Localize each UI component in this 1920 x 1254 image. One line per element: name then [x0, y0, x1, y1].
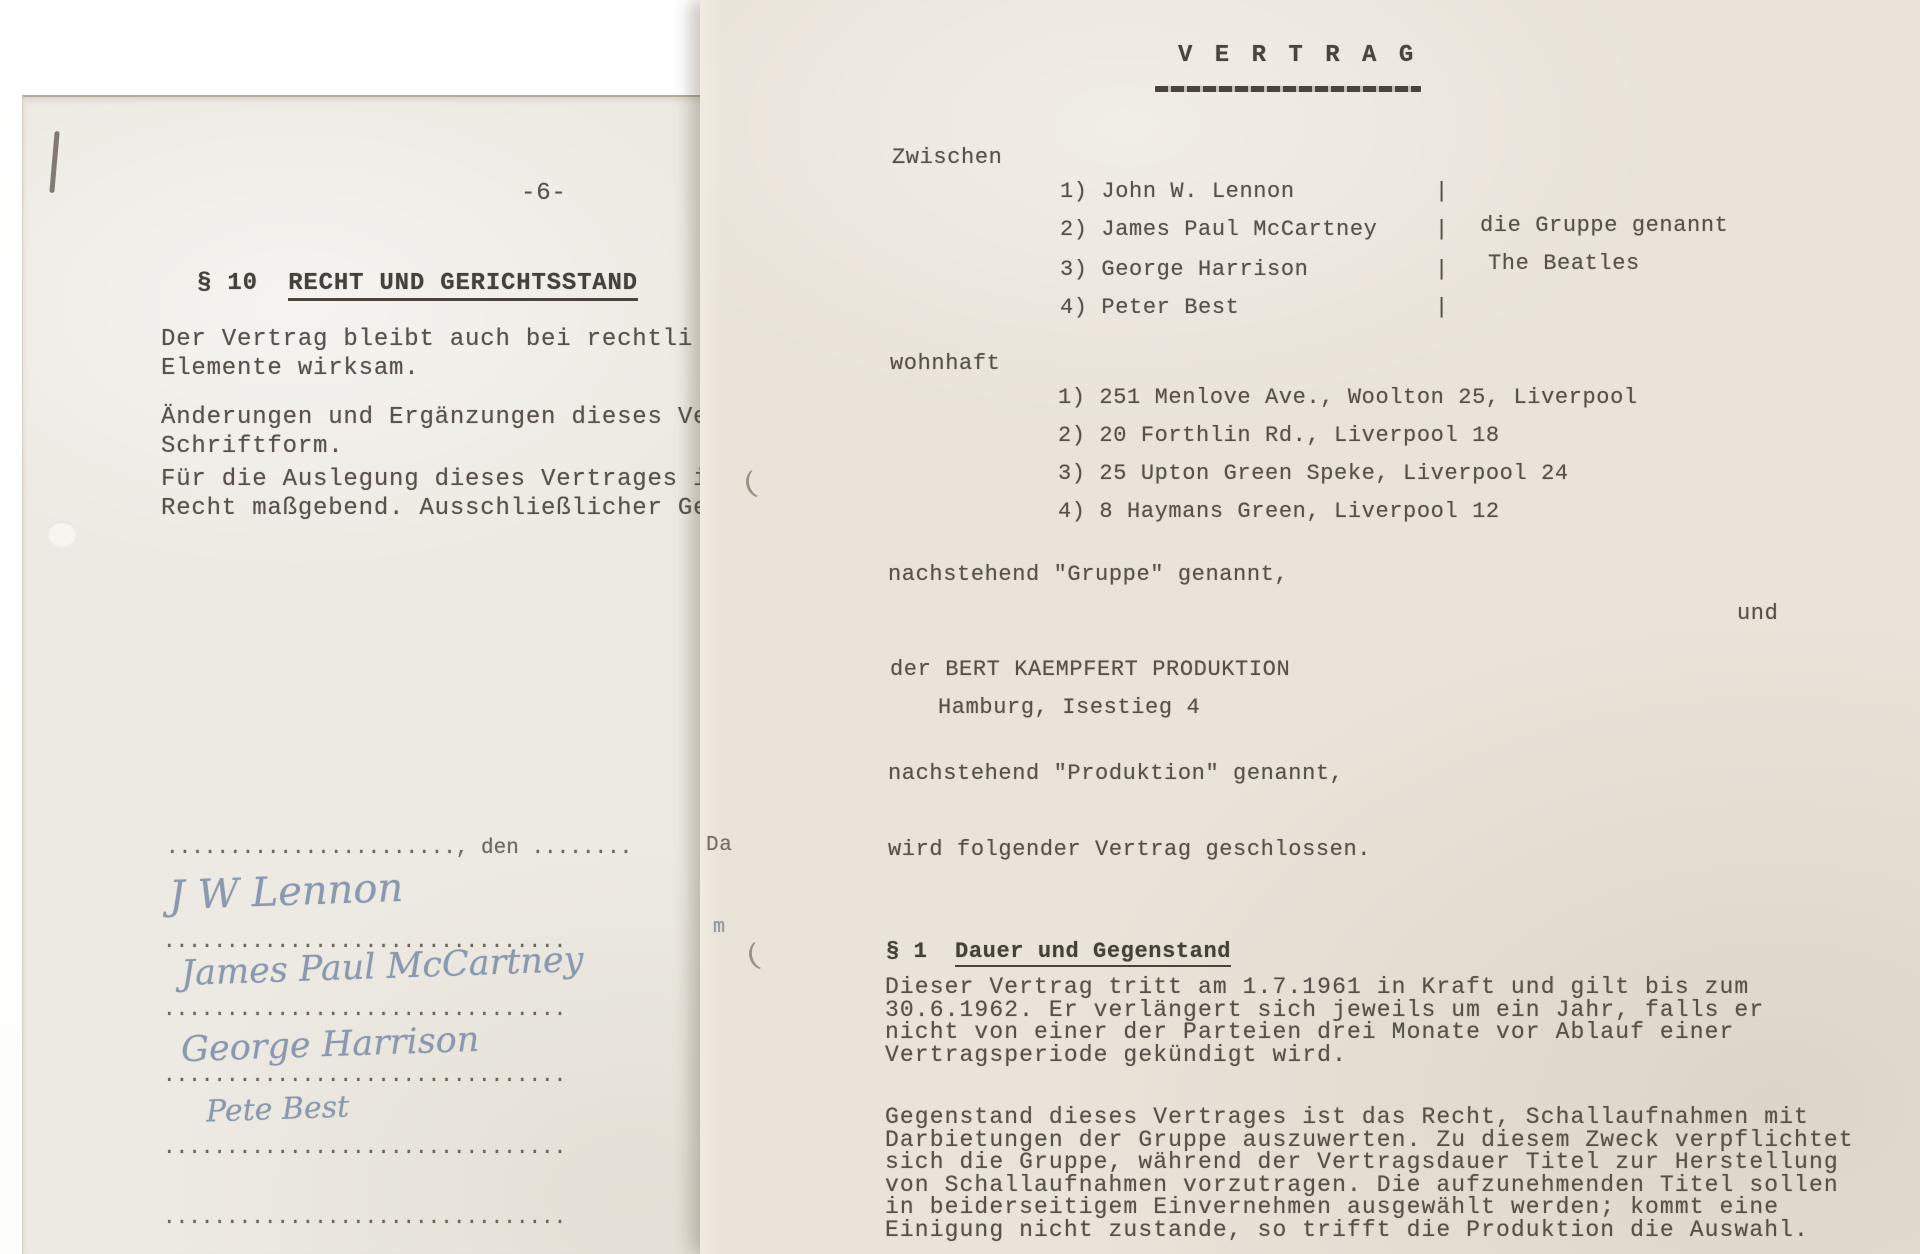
address-row: 4) 8 Haymans Green, Liverpool 12: [1058, 500, 1500, 523]
paragraph-line: Vertragsperiode gekündigt wird.: [885, 1042, 1347, 1068]
party-row: 2) James Paul McCartney: [1060, 218, 1377, 241]
party-number: 2): [1060, 217, 1088, 242]
punch-hole: [47, 521, 77, 547]
edge-ink-fragment: m: [713, 916, 726, 939]
signature-best: Pete Best: [205, 1090, 349, 1130]
producer-name: der BERT KAEMPFERT PRODUKTION: [890, 658, 1290, 681]
party-number: 4): [1060, 295, 1088, 320]
party-gap: [1088, 257, 1102, 282]
party-number: 1): [1060, 179, 1088, 204]
signature-harrison: George Harrison: [180, 1020, 480, 1070]
date-signature-line: ......................., den ........: [166, 837, 632, 860]
clause-paragraph: Änderungen und Ergänzungen dieses VeSchr…: [161, 403, 704, 461]
party-row: 3) George Harrison: [1060, 258, 1308, 281]
contract-first-page: V E R T R A G Zwischen 1) John W. Lennon…: [700, 0, 1920, 1254]
intro-word: Zwischen: [892, 146, 1002, 169]
address-row: 3) 25 Upton Green Speke, Liverpool 24: [1058, 462, 1569, 485]
party-gap: [1088, 295, 1102, 320]
party-name: Peter Best: [1101, 295, 1239, 320]
bracket-pipe: |: [1435, 258, 1449, 281]
party-number: 3): [1060, 257, 1088, 282]
clause-paragraph: Der Vertrag bleibt auch bei rechtliEleme…: [161, 325, 693, 383]
signature-dotted-line: ..................................: [163, 1137, 563, 1160]
party-name: John W. Lennon: [1101, 179, 1294, 204]
contract-last-page: -6- § 10 RECHT UND GERICHTSSTAND Der Ver…: [22, 95, 704, 1254]
section-title: Dauer und Gegenstand: [955, 939, 1231, 967]
bracket-pipe: |: [1435, 218, 1449, 241]
paragraph-line: Recht maßgebend. Ausschließlicher Ge: [161, 495, 704, 522]
party-name: George Harrison: [1101, 257, 1308, 282]
section-title: RECHT UND GERICHTSSTAND: [288, 270, 638, 301]
clause-paragraph: Für die Auslegung dieses Vertrages iRech…: [161, 465, 704, 523]
paragraph-line: Schriftform.: [161, 433, 343, 460]
party-gap: [1088, 217, 1102, 242]
paragraph-line: Für die Auslegung dieses Vertrages i: [161, 466, 704, 493]
bracket-pipe: |: [1435, 296, 1449, 319]
scanned-contract-photo: -6- § 10 RECHT UND GERICHTSSTAND Der Ver…: [0, 0, 1920, 1254]
party-row: 1) John W. Lennon: [1060, 180, 1295, 203]
paragraph-line: Der Vertrag bleibt auch bei rechtli: [161, 326, 693, 353]
section1-paragraph2: Gegenstand dieses Vertrages ist das Rech…: [885, 1106, 1854, 1241]
bracket-pipe: |: [1435, 180, 1449, 203]
heading-gap: [258, 270, 288, 297]
production-named-line: nachstehend "Produktion" genannt,: [888, 762, 1343, 785]
title-underline: [1155, 86, 1421, 92]
paragraph-line: Änderungen und Ergänzungen dieses Ve: [161, 404, 704, 431]
closing-intro-line: wird folgender Vertrag geschlossen.: [888, 838, 1371, 861]
conjunction-und: und: [1737, 602, 1778, 625]
paragraph-line: Einigung nicht zustande, so trifft die P…: [885, 1217, 1809, 1243]
signature-dotted-line: ..................................: [163, 999, 563, 1022]
document-title: V E R T R A G: [1178, 44, 1417, 67]
punch-hole-crescent: [746, 935, 783, 973]
group-note-de: die Gruppe genannt: [1480, 214, 1728, 237]
address-row: 1) 251 Menlove Ave., Woolton 25, Liverpo…: [1058, 386, 1638, 409]
section-heading: § 10 RECHT UND GERICHTSSTAND: [197, 269, 638, 298]
edge-text-fragment: Da: [706, 834, 732, 857]
residence-word: wohnhaft: [890, 352, 1000, 375]
punch-hole-crescent: [743, 463, 780, 501]
section-number: § 1: [886, 939, 927, 964]
section1-heading: § 1 Dauer und Gegenstand: [886, 940, 1231, 963]
group-named-line: nachstehend "Gruppe" genannt,: [888, 563, 1288, 586]
party-row: 4) Peter Best: [1060, 296, 1239, 319]
party-name: James Paul McCartney: [1101, 217, 1377, 242]
section-number: § 10: [197, 270, 258, 297]
signature-dotted-line: ..................................: [163, 1207, 563, 1230]
page-number: -6-: [521, 179, 567, 208]
pen-edge-mark: [49, 131, 59, 193]
signature-lennon: J W Lennon: [168, 865, 404, 919]
address-row: 2) 20 Forthlin Rd., Liverpool 18: [1058, 424, 1500, 447]
heading-gap: [927, 939, 955, 964]
signature-dotted-line: ..................................: [163, 1065, 563, 1088]
section1-paragraph: Dieser Vertrag tritt am 1.7.1961 in Kraf…: [885, 976, 1764, 1066]
paragraph-line: Elemente wirksam.: [161, 355, 419, 382]
producer-address: Hamburg, Isestieg 4: [938, 696, 1200, 719]
party-gap: [1088, 179, 1102, 204]
group-note-en: The Beatles: [1488, 252, 1640, 275]
